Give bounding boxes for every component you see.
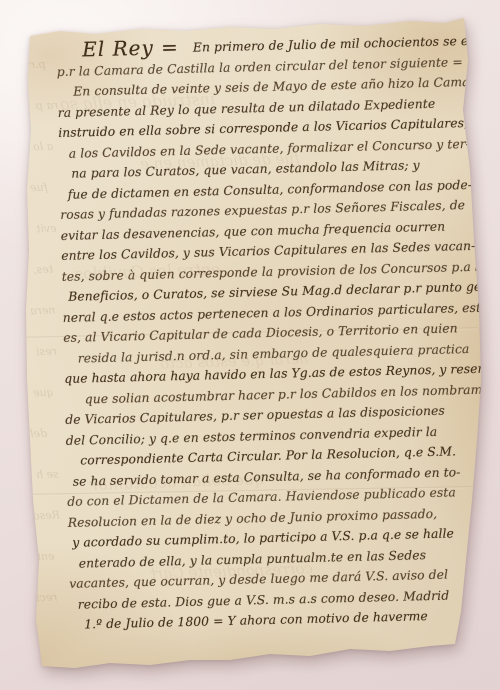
bleedthrough-text: reci (36, 591, 58, 605)
manuscript-text: El Rey =En primero de Julio de mil ochoc… (56, 30, 474, 635)
bleedthrough-text: ra p (36, 99, 59, 113)
bleedthrough-text: p.r (30, 58, 46, 72)
bleedthrough-text: nera (30, 304, 56, 318)
bleedthrough-text: resi (36, 345, 57, 359)
bleedthrough-text: Reso (33, 509, 60, 523)
bleedthrough-text: ente (30, 550, 55, 564)
bleedthrough-text: se h (36, 468, 59, 482)
bleedthrough-text: del (30, 427, 48, 441)
opening-phrase: El Rey = (82, 35, 179, 61)
manuscript-paper: El Rey =En primero de Julio de mil ochoc… (0, 0, 500, 690)
photo-background: El Rey =En primero de Julio de mil ochoc… (0, 0, 500, 690)
bleedthrough-text: tes, (33, 263, 54, 277)
bleedthrough-text: fue (30, 181, 48, 195)
paper-sheet: El Rey =En primero de Julio de mil ochoc… (0, 0, 500, 690)
bleedthrough-text: que (33, 386, 54, 400)
bleedthrough-text: a lo (33, 140, 54, 154)
bleedthrough-text: evit (36, 222, 57, 236)
